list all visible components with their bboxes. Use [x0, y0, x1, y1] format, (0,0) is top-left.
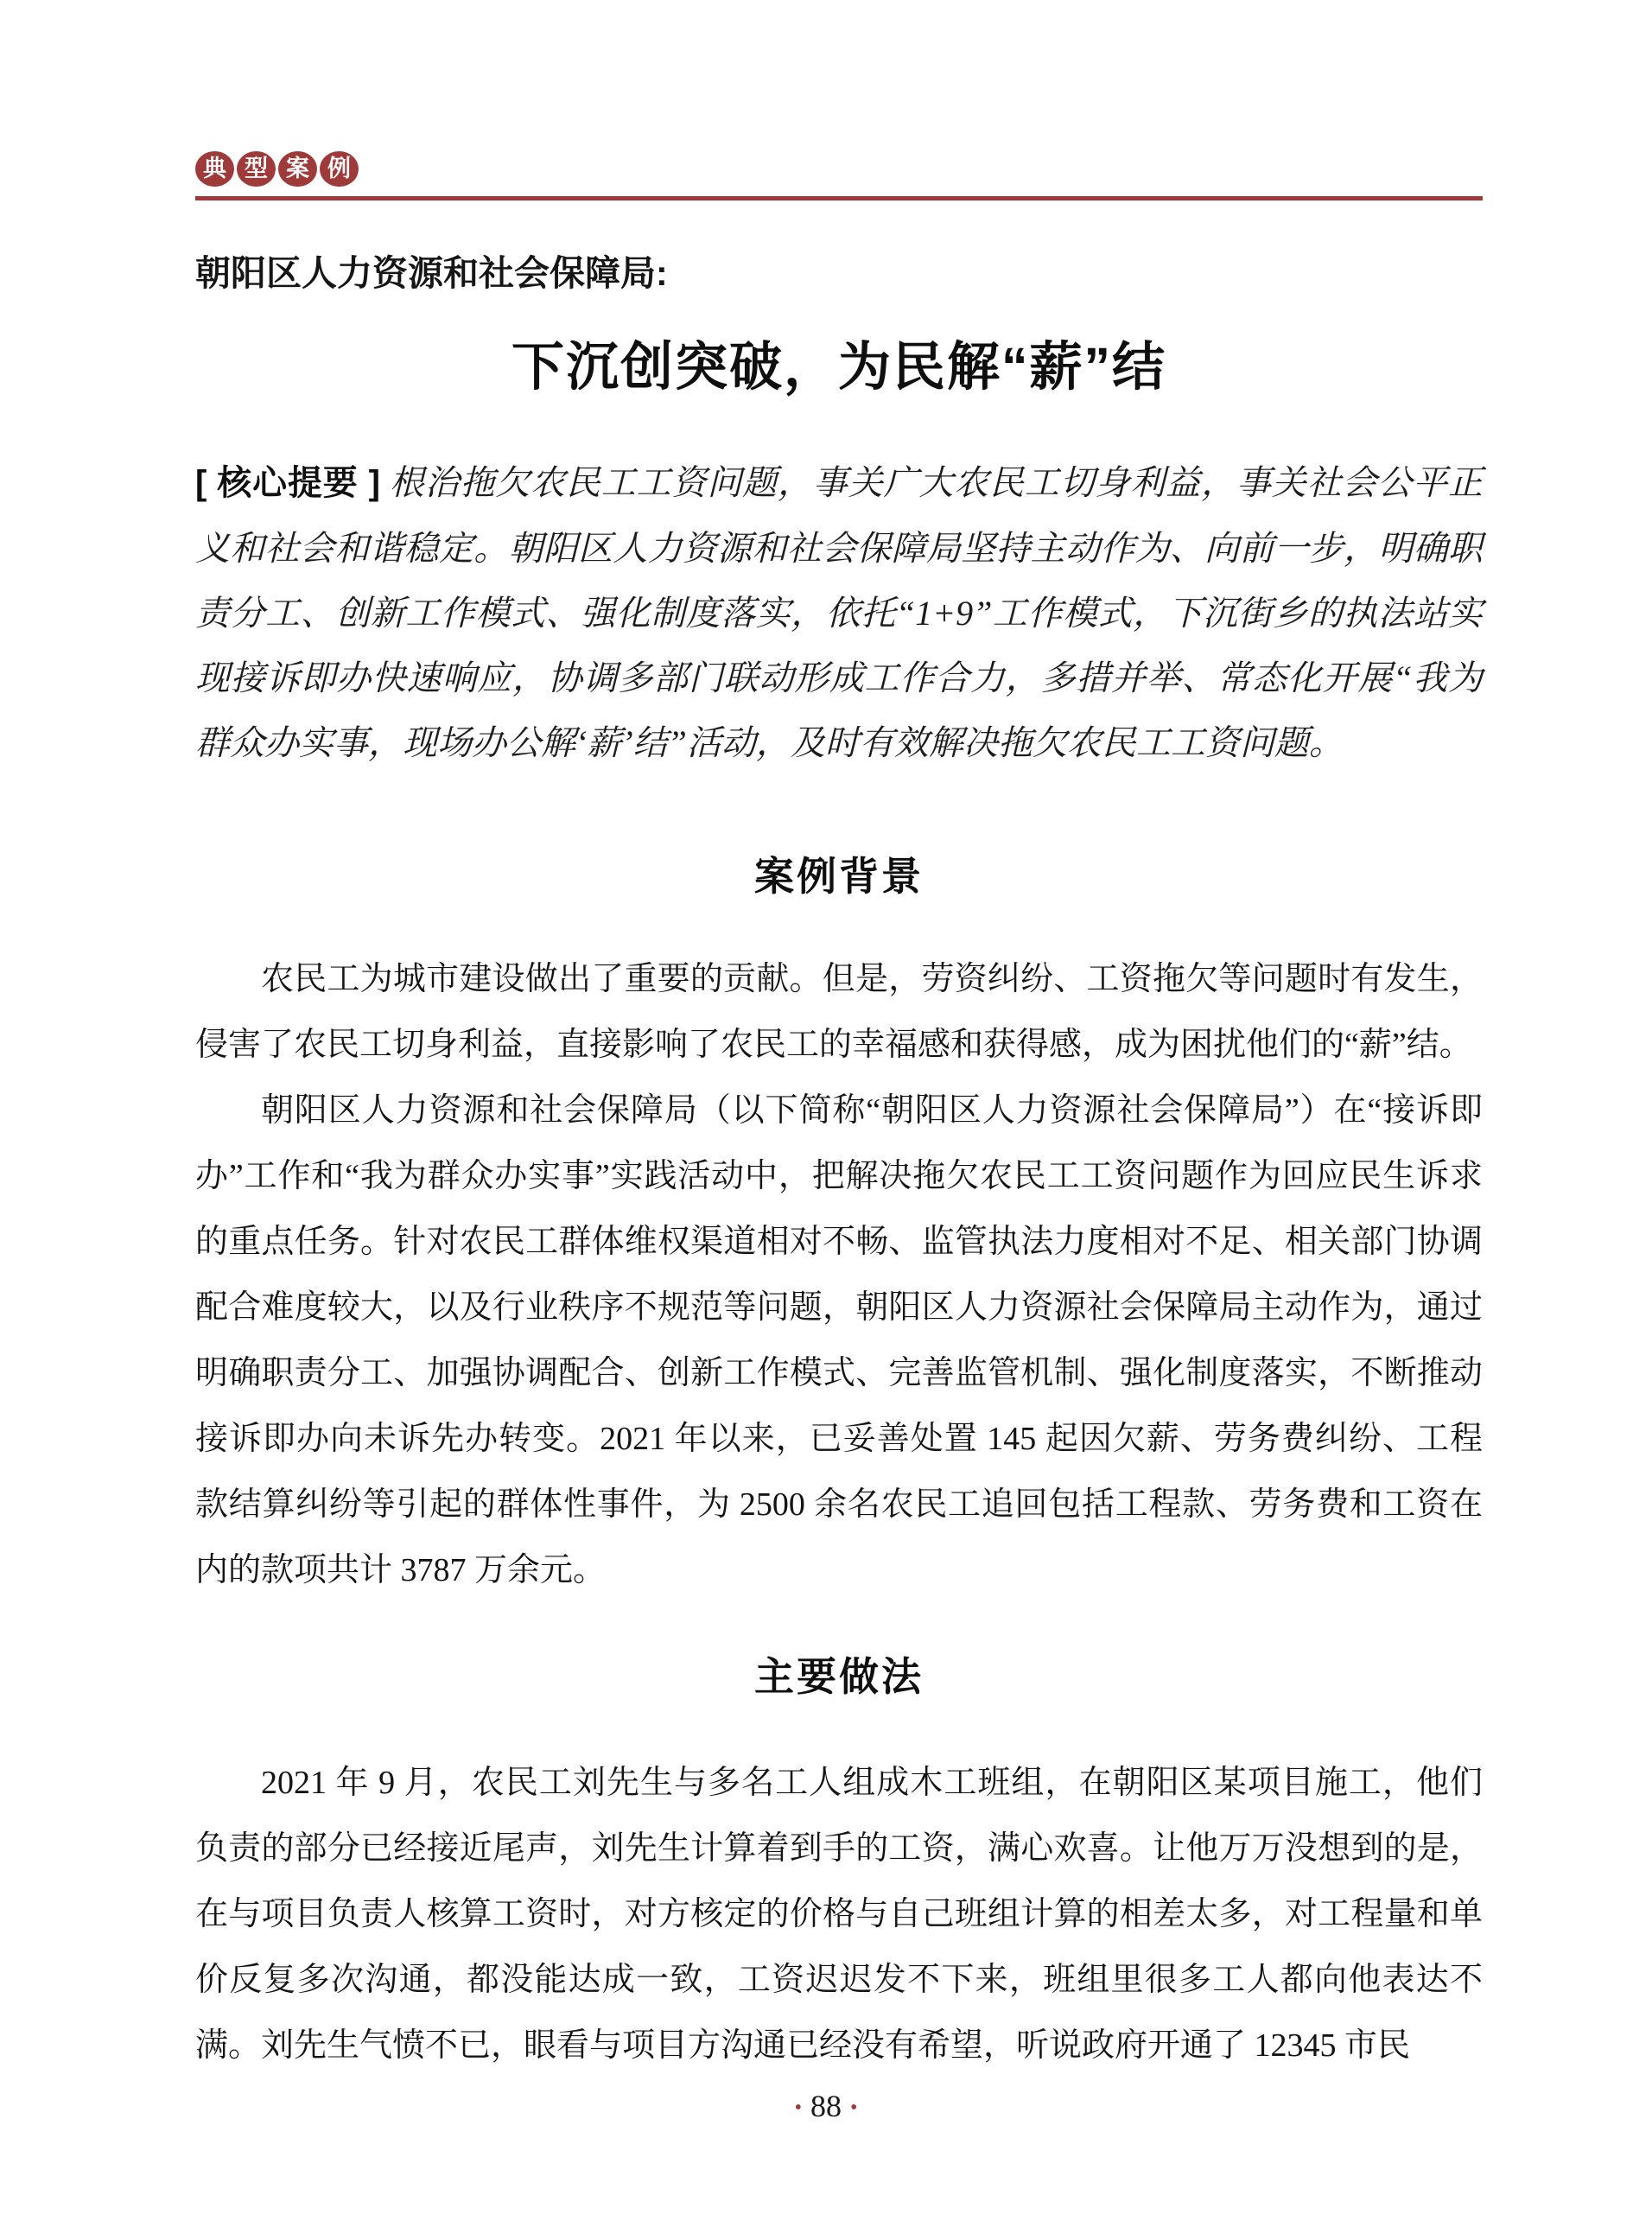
body-paragraph: 农民工为城市建设做出了重要的贡献。但是，劳资纠纷、工资拖欠等问题时有发生，侵害了…	[195, 946, 1483, 1078]
document-page: 典 型 案 例 朝阳区人力资源和社会保障局: 下沉创突破，为民解“薪”结 [ 核…	[0, 0, 1652, 2240]
body-paragraph: 朝阳区人力资源和社会保障局（以下简称“朝阳区人力资源社会保障局”）在“接诉即办”…	[195, 1078, 1483, 1603]
core-summary-text: 根治拖欠农民工工资问题，事关广大农民工切身利益，事关社会公平正义和社会和谐稳定。…	[195, 463, 1483, 762]
header-rule	[195, 196, 1483, 200]
page-number-dot: •	[795, 2097, 802, 2119]
section-heading-main-practices: 主要做法	[195, 1653, 1483, 1701]
page-content: 典 型 案 例 朝阳区人力资源和社会保障局: 下沉创突破，为民解“薪”结 [ 核…	[195, 151, 1483, 2078]
core-summary-label: [ 核心提要 ]	[195, 464, 380, 502]
page-number-dot: •	[850, 2097, 857, 2119]
page-number: •88•	[0, 2088, 1652, 2124]
byline: 朝阳区人力资源和社会保障局:	[195, 252, 1483, 295]
header-badge: 型	[237, 151, 276, 187]
article-title: 下沉创突破，为民解“薪”结	[195, 336, 1483, 397]
page-number-value: 88	[810, 2089, 842, 2123]
core-summary: [ 核心提要 ]根治拖欠农民工工资问题，事关广大农民工切身利益，事关社会公平正义…	[195, 450, 1483, 775]
header-badge: 例	[320, 151, 359, 187]
header-badge: 案	[278, 151, 317, 187]
header-badges: 典 型 案 例	[195, 151, 1483, 187]
body-paragraph: 2021 年 9 月，农民工刘先生与多名工人组成木工班组，在朝阳区某项目施工，他…	[195, 1750, 1483, 2078]
header-badge: 典	[195, 151, 234, 187]
section-heading-case-background: 案例背景	[195, 853, 1483, 900]
